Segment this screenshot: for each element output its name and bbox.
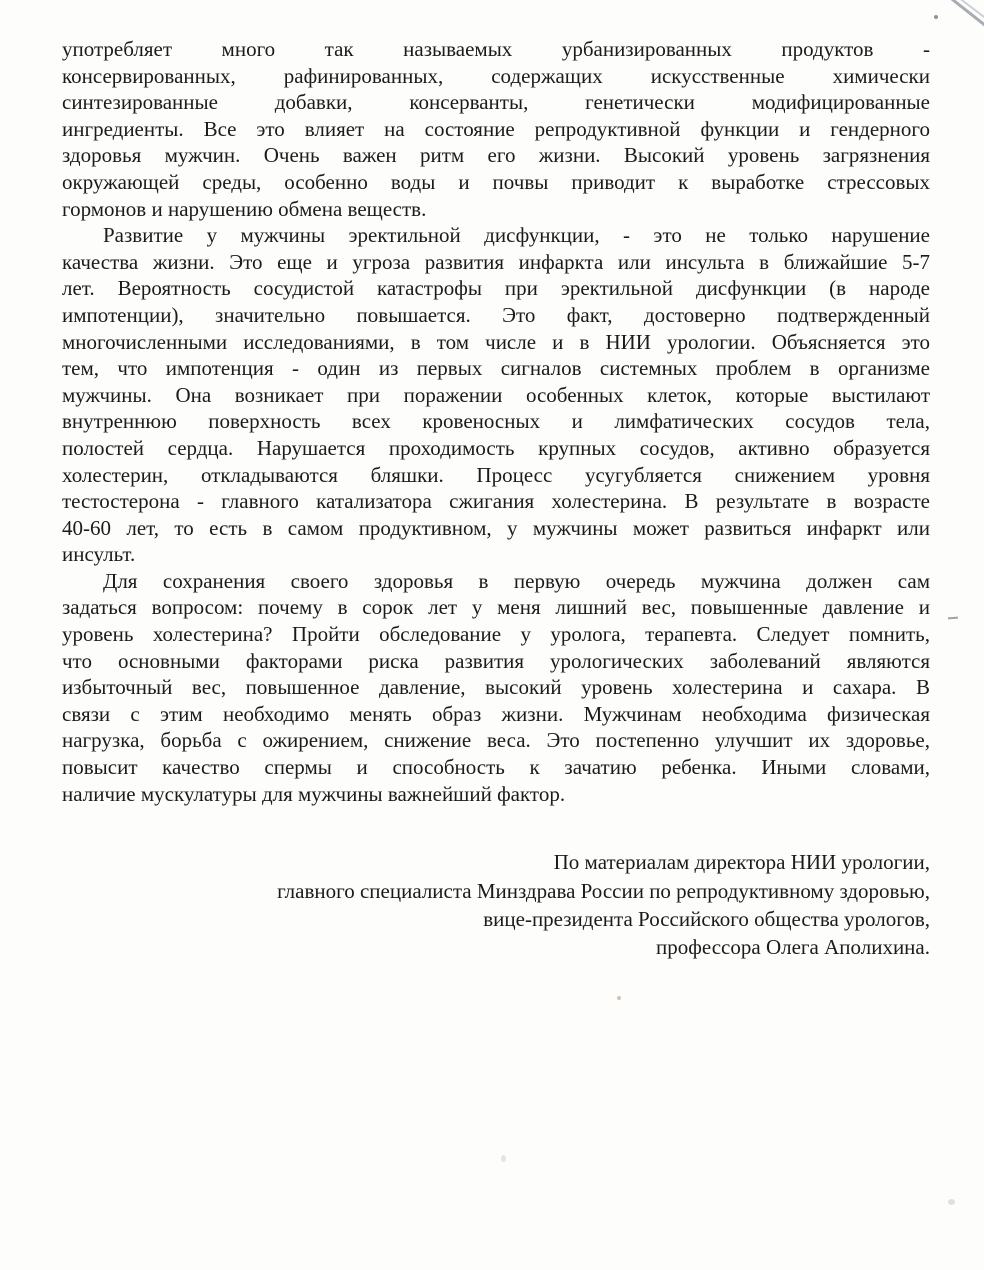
- text-line: качества жизни. Это еще и угроза развити…: [62, 249, 930, 276]
- text-line: тестостерона - главного катализатора сжи…: [62, 488, 930, 515]
- text-line: употребляет много так называемых урбаниз…: [62, 36, 930, 63]
- text-line: полостей сердца. Нарушается проходимость…: [62, 435, 930, 462]
- scan-speck: [948, 1199, 955, 1205]
- text-line: Для сохранения своего здоровья в первую …: [62, 568, 930, 595]
- text-line: нагрузка, борьба с ожирением, снижение в…: [62, 727, 930, 754]
- text-line: 40-60 лет, то есть в самом продуктивном,…: [62, 515, 930, 542]
- text-line: здоровья мужчин. Очень важен ритм его жи…: [62, 142, 930, 169]
- attribution-line: По материалам директора НИИ урологии,: [62, 848, 930, 876]
- text-line: уровень холестерина? Пройти обследование…: [62, 621, 930, 648]
- text-line: импотенции), значительно повышается. Это…: [62, 302, 930, 329]
- paragraph-erectile-dysfunction: Развитие у мужчины эректильной дисфункци…: [62, 222, 930, 568]
- document-body: употребляет много так называемых урбаниз…: [62, 36, 930, 961]
- text-line: холестерин, откладываются бляшки. Процес…: [62, 462, 930, 489]
- text-line: инсульт.: [62, 541, 930, 568]
- text-line: многочисленными исследованиями, в том чи…: [62, 329, 930, 356]
- text-line: гормонов и нарушению обмена веществ.: [62, 196, 930, 223]
- text-line: связи с этим необходимо менять образ жиз…: [62, 701, 930, 728]
- text-line: наличие мускулатуры для мужчины важнейши…: [62, 781, 930, 808]
- text-line: избыточный вес, повышенное давление, выс…: [62, 674, 930, 701]
- paragraph-urbanized-products: употребляет много так называемых урбаниз…: [62, 36, 930, 222]
- scan-speck: [934, 15, 938, 19]
- text-line: мужчины. Она возникает при поражении осо…: [62, 382, 930, 409]
- scan-speck: [501, 1155, 506, 1162]
- text-line: ингредиенты. Все это влияет на состояние…: [62, 116, 930, 143]
- text-line: консервированных, рафинированных, содерж…: [62, 63, 930, 90]
- text-line: тем, что импотенция - один из первых сиг…: [62, 355, 930, 382]
- text-line: лет. Вероятность сосудистой катастрофы п…: [62, 275, 930, 302]
- pen-stroke-artifact: [936, 0, 984, 36]
- attribution-line: профессора Олега Аполихина.: [62, 933, 930, 961]
- scan-speck: [617, 996, 621, 1000]
- attribution-line: главного специалиста Минздрава России по…: [62, 877, 930, 905]
- paragraph-health-preservation: Для сохранения своего здоровья в первую …: [62, 568, 930, 807]
- text-line: что основными факторами риска развития у…: [62, 648, 930, 675]
- attribution-block: По материалам директора НИИ урологии, гл…: [62, 848, 930, 961]
- text-line: окружающей среды, особенно воды и почвы …: [62, 169, 930, 196]
- text-line: повысит качество спермы и способность к …: [62, 754, 930, 781]
- text-line: задаться вопросом: почему в сорок лет у …: [62, 594, 930, 621]
- scanned-document-page: употребляет много так называемых урбаниз…: [0, 0, 984, 1270]
- attribution-line: вице-президента Российского общества уро…: [62, 905, 930, 933]
- text-line: синтезированные добавки, консерванты, ге…: [62, 89, 930, 116]
- text-line: внутреннюю поверхность всех кровеносных …: [62, 408, 930, 435]
- scan-dash-artifact: [948, 617, 958, 620]
- text-line: Развитие у мужчины эректильной дисфункци…: [62, 222, 930, 249]
